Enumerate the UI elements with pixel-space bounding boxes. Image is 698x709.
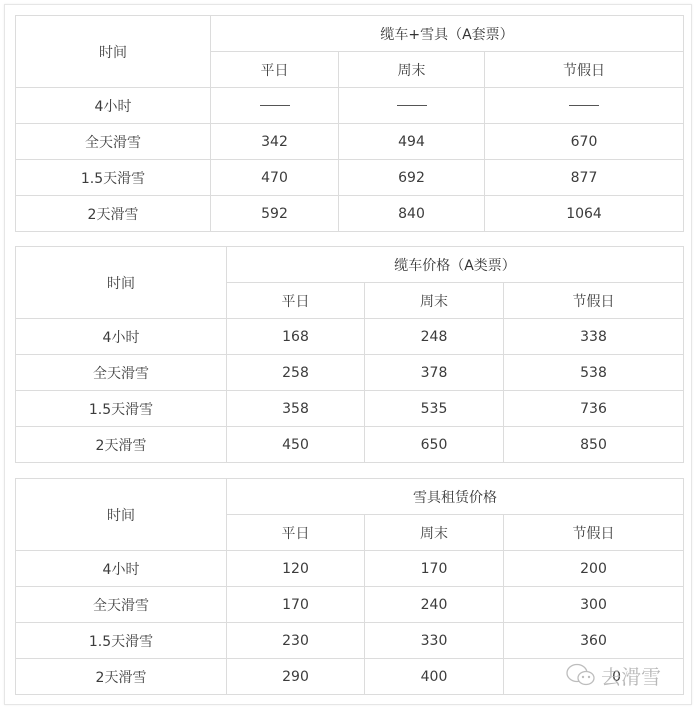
watermark-text: 去滑雪 [601, 661, 661, 690]
price-table-lift: 时间 缆车价格（A类票） 平日 周末 节假日 4小时 168 248 338 全… [15, 246, 684, 463]
price-cell: 338 [504, 319, 684, 355]
price-cell: 290 [227, 659, 365, 695]
price-cell: 850 [504, 427, 684, 463]
price-cell: 535 [365, 391, 504, 427]
price-cell: 400 [365, 659, 504, 695]
column-header-weekend: 周末 [365, 515, 504, 551]
row-label: 2天滑雪 [16, 659, 227, 695]
table-row: 4小时 168 248 338 [16, 319, 684, 355]
table-row: 1.5天滑雪 358 535 736 [16, 391, 684, 427]
price-cell: 360 [504, 623, 684, 659]
table-row: 全天滑雪 170 240 300 [16, 587, 684, 623]
table-row: 2天滑雪 450 650 850 [16, 427, 684, 463]
row-label: 4小时 [16, 551, 227, 587]
price-table-combo: 时间 缆车+雪具（A套票） 平日 周末 节假日 4小时 全天滑雪 342 494… [15, 15, 684, 232]
price-cell: 240 [365, 587, 504, 623]
column-header-holiday: 节假日 [504, 515, 684, 551]
price-cell: 300 [504, 587, 684, 623]
watermark: 去滑雪 [565, 658, 661, 692]
price-cell: 170 [365, 551, 504, 587]
price-cell: 692 [339, 160, 485, 196]
price-cell: 1064 [485, 196, 684, 232]
price-cell: 248 [365, 319, 504, 355]
row-label: 2天滑雪 [16, 427, 227, 463]
price-cell: 736 [504, 391, 684, 427]
row-label: 1.5天滑雪 [16, 391, 227, 427]
row-label: 4小时 [16, 88, 211, 124]
column-header-holiday: 节假日 [485, 52, 684, 88]
dash-placeholder [569, 105, 599, 106]
price-cell: 358 [227, 391, 365, 427]
cell-empty-dash [485, 88, 684, 124]
table-row: 2天滑雪 592 840 1064 [16, 196, 684, 232]
time-header: 时间 [16, 16, 211, 88]
price-cell: 450 [227, 427, 365, 463]
table-row: 1.5天滑雪 230 330 360 [16, 623, 684, 659]
column-header-weekend: 周末 [365, 283, 504, 319]
price-cell: 592 [211, 196, 339, 232]
column-header-holiday: 节假日 [504, 283, 684, 319]
price-cell: 650 [365, 427, 504, 463]
row-label: 全天滑雪 [16, 124, 211, 160]
price-cell: 840 [339, 196, 485, 232]
price-cell: 342 [211, 124, 339, 160]
row-label: 2天滑雪 [16, 196, 211, 232]
price-cell: 877 [485, 160, 684, 196]
price-cell: 470 [211, 160, 339, 196]
price-cell: 120 [227, 551, 365, 587]
row-label: 全天滑雪 [16, 587, 227, 623]
table-row: 4小时 [16, 88, 684, 124]
table-title: 缆车+雪具（A套票） [211, 16, 684, 52]
price-cell: 330 [365, 623, 504, 659]
price-cell: 494 [339, 124, 485, 160]
price-cell: 230 [227, 623, 365, 659]
table-row: 4小时 120 170 200 [16, 551, 684, 587]
row-label: 全天滑雪 [16, 355, 227, 391]
table-row: 全天滑雪 342 494 670 [16, 124, 684, 160]
price-cell: 200 [504, 551, 684, 587]
column-header-weekday: 平日 [227, 515, 365, 551]
price-cell: 168 [227, 319, 365, 355]
table-row: 全天滑雪 258 378 538 [16, 355, 684, 391]
column-header-weekday: 平日 [211, 52, 339, 88]
row-label: 4小时 [16, 319, 227, 355]
price-cell: 670 [485, 124, 684, 160]
price-cell: 538 [504, 355, 684, 391]
column-header-weekday: 平日 [227, 283, 365, 319]
dash-placeholder [397, 105, 427, 106]
row-label: 1.5天滑雪 [16, 623, 227, 659]
table-title: 缆车价格（A类票） [227, 247, 684, 283]
table-row: 1.5天滑雪 470 692 877 [16, 160, 684, 196]
dash-placeholder [260, 105, 290, 106]
price-cell: 258 [227, 355, 365, 391]
table-title: 雪具租赁价格 [227, 479, 684, 515]
column-header-weekend: 周末 [339, 52, 485, 88]
price-cell: 170 [227, 587, 365, 623]
cell-empty-dash [211, 88, 339, 124]
cell-empty-dash [339, 88, 485, 124]
row-label: 1.5天滑雪 [16, 160, 211, 196]
time-header: 时间 [16, 247, 227, 319]
wechat-icon [565, 662, 597, 688]
time-header: 时间 [16, 479, 227, 551]
price-cell: 378 [365, 355, 504, 391]
